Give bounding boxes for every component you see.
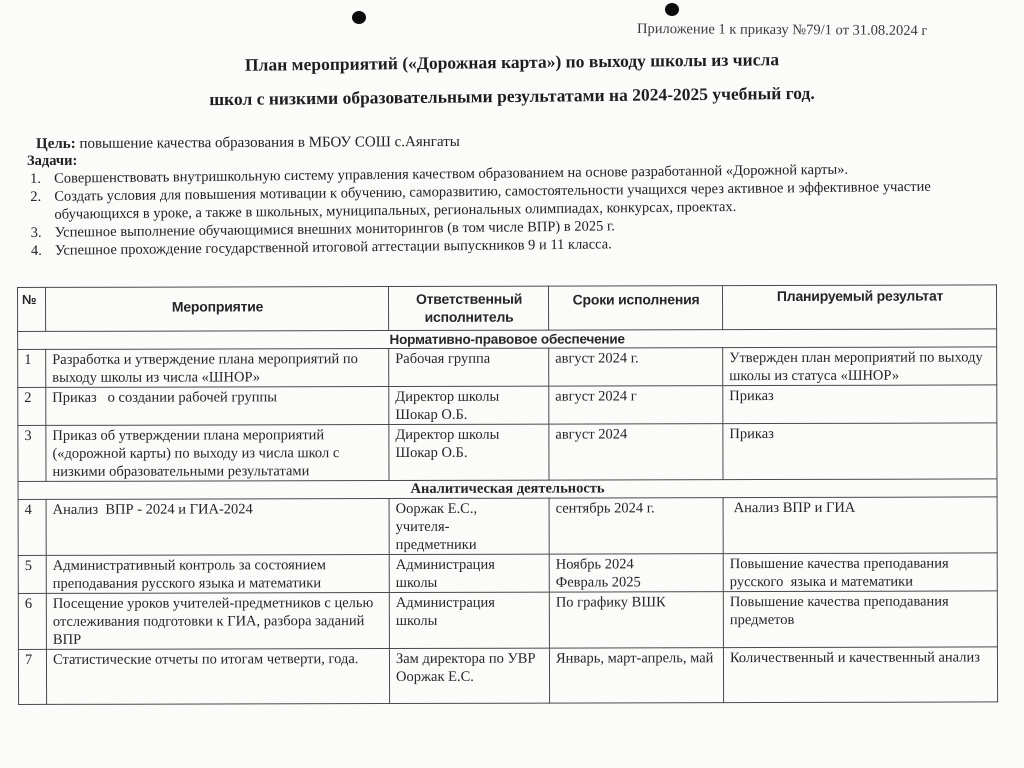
cell-number: 5 bbox=[18, 555, 46, 593]
cell-dates: август 2024 г bbox=[549, 386, 723, 424]
cell-number: 4 bbox=[18, 499, 46, 555]
cell-responsible: Администрация школы bbox=[389, 592, 549, 648]
plan-table-container: № Мероприятие Ответственный исполнитель … bbox=[17, 284, 997, 705]
cell-number: 2 bbox=[18, 387, 46, 425]
cell-event: Приказ об утверждении плана мероприятий … bbox=[46, 425, 389, 482]
cell-result: Количественный и качественный анализ bbox=[723, 647, 997, 703]
task-number: 1. bbox=[30, 170, 41, 188]
cell-responsible: Директор школы Шокар О.Б. bbox=[389, 424, 549, 480]
cell-dates: Январь, март-апрель, май bbox=[549, 648, 723, 703]
goal-statement: Цель: повышение качества образования в М… bbox=[36, 134, 460, 153]
header-dates: Сроки исполнения bbox=[548, 286, 722, 330]
cell-result: Анализ ВПР и ГИА bbox=[723, 497, 997, 554]
cell-dates: Ноябрь 2024 Февраль 2025 bbox=[549, 554, 723, 592]
header-event: Мероприятие bbox=[46, 287, 389, 332]
punch-hole-mark bbox=[665, 3, 679, 16]
header-number: № bbox=[18, 287, 46, 331]
tasks-label: Задачи: bbox=[27, 153, 77, 170]
cell-number: 7 bbox=[18, 649, 46, 704]
cell-result: Повышение качества преподавания русского… bbox=[723, 553, 997, 592]
cell-result: Утвержден план мероприятий по выходу шко… bbox=[723, 347, 997, 386]
cell-number: 3 bbox=[18, 425, 46, 481]
cell-event: Статистические отчеты по итогам четверти… bbox=[46, 649, 389, 705]
cell-result: Приказ bbox=[723, 423, 997, 480]
task-number: 3. bbox=[31, 224, 42, 242]
cell-number: 6 bbox=[18, 593, 46, 649]
document-title-line-1: План мероприятий («Дорожная карта») по в… bbox=[0, 47, 1024, 79]
punch-hole-mark bbox=[352, 11, 366, 24]
table-row: 1 Разработка и утверждение плана меропри… bbox=[18, 347, 997, 388]
annex-note: Приложение 1 к приказу №79/1 от 31.08.20… bbox=[637, 21, 928, 40]
cell-dates: сентябрь 2024 г. bbox=[549, 498, 723, 554]
cell-responsible: Зам директора по УВР Ооржак Е.С. bbox=[389, 648, 549, 703]
table-row: 5 Административный контроль за состояние… bbox=[18, 553, 997, 594]
cell-dates: август 2024 г. bbox=[549, 348, 723, 386]
table-row: 7 Статистические отчеты по итогам четвер… bbox=[18, 647, 997, 705]
cell-dates: август 2024 bbox=[549, 424, 723, 480]
cell-responsible: Рабочая группа bbox=[389, 348, 549, 386]
task-number: 2. bbox=[30, 188, 41, 206]
tasks-list: 1.Совершенствовать внутришкольную систем… bbox=[27, 159, 1024, 260]
header-responsible: Ответственный исполнитель bbox=[389, 286, 549, 330]
cell-result: Повышение качества преподавания предмето… bbox=[723, 591, 997, 648]
plan-table: № Мероприятие Ответственный исполнитель … bbox=[17, 284, 998, 705]
cell-responsible: Администрация школы bbox=[389, 554, 549, 592]
cell-event: Анализ ВПР - 2024 и ГИА-2024 bbox=[46, 499, 389, 556]
goal-label: Цель: bbox=[36, 136, 76, 152]
cell-event: Административный контроль за состоянием … bbox=[46, 555, 389, 594]
cell-responsible: Директор школы Шокар О.Б. bbox=[389, 386, 549, 424]
table-row: 4 Анализ ВПР - 2024 и ГИА-2024 Ооржак Е.… bbox=[18, 497, 997, 556]
cell-dates: По графику ВШК bbox=[549, 592, 723, 648]
table-row: 6 Посещение уроков учителей-предметников… bbox=[18, 591, 997, 650]
table-row: 3 Приказ об утверждении плана мероприяти… bbox=[18, 423, 997, 482]
cell-event: Разработка и утверждение плана мероприят… bbox=[46, 349, 389, 388]
cell-event: Приказ о создании рабочей группы bbox=[46, 387, 389, 426]
cell-number: 1 bbox=[18, 349, 46, 387]
goal-text: повышение качества образования в МБОУ СО… bbox=[76, 134, 460, 152]
table-row: 2 Приказ о создании рабочей группы Дирек… bbox=[18, 385, 997, 426]
cell-event: Посещение уроков учителей-предметников с… bbox=[46, 593, 389, 650]
table-header-row: № Мероприятие Ответственный исполнитель … bbox=[18, 285, 997, 332]
document-title-line-2: школ с низкими образовательными результа… bbox=[0, 81, 1024, 113]
cell-result: Приказ bbox=[723, 385, 997, 424]
task-number: 4. bbox=[31, 242, 42, 260]
header-result: Планируемый результат bbox=[722, 285, 996, 330]
cell-responsible: Ооржак Е.С., учителя-предметники bbox=[389, 498, 549, 554]
